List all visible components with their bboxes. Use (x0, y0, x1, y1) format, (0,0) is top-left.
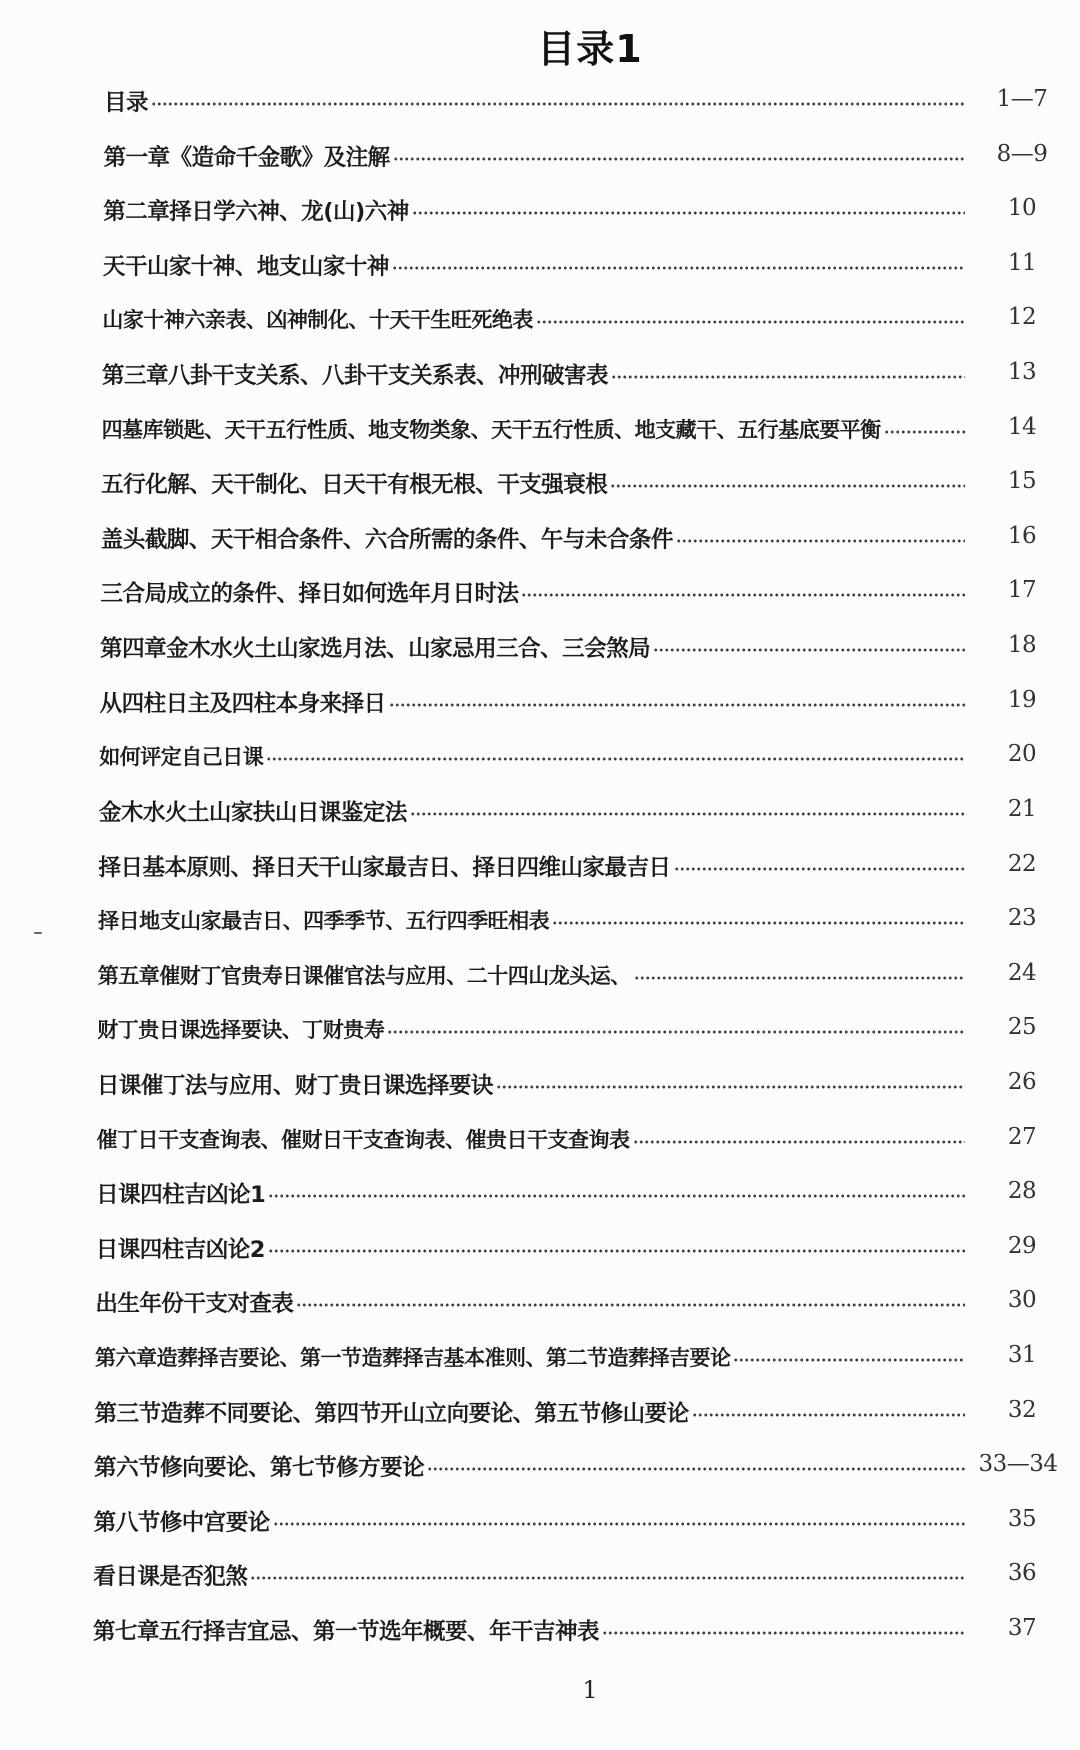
toc-entry-title: 催丁日干支查询表、催财日干支查询表、催贵日干支查询表 (97, 1124, 630, 1154)
toc-entry-page-number: 16 (982, 523, 1062, 549)
dot-leader (268, 1194, 965, 1198)
dot-leader (393, 157, 965, 161)
toc-entry-title: 第二章择日学六神、龙(山)六神 (103, 194, 409, 226)
toc-entry-title: 择日基本原则、择日天干山家最吉日、择日四维山家最吉日 (99, 850, 671, 882)
toc-entry: 第六章造葬择吉要论、第一节造葬择吉基本准则、第二节造葬择吉要论 (95, 1340, 965, 1374)
dot-leader (496, 1085, 965, 1089)
toc-entry: 第五章催财丁官贵寿日课催官法与应用、二十四山龙头运、 (98, 958, 965, 992)
toc-entry-title: 四墓库锁匙、天干五行性质、地支物类象、天干五行性质、地支藏干、五行基底要平衡 (102, 414, 881, 444)
toc-entry-page-number: 10 (982, 195, 1062, 221)
toc-entry-page-number: 18 (982, 632, 1062, 658)
dot-leader (536, 320, 965, 324)
toc-entry-title: 山家十神六亲表、凶神制化、十天干生旺死绝表 (102, 304, 533, 334)
toc-entry-title: 日课四柱吉凶论1 (96, 1177, 265, 1209)
toc-entry: 从四柱日主及四柱本身来择日 (100, 685, 965, 719)
dot-leader (392, 266, 965, 270)
toc-entry: 第八节修中宫要论 (94, 1504, 965, 1538)
toc-entry: 第四章金木水火土山家选月法、山家忌用三合、三会煞局 (100, 630, 965, 664)
toc-entry-title: 如何评定自己日课 (99, 741, 263, 771)
toc-entry-page-number: 32 (982, 1397, 1062, 1423)
toc-entry-title: 第一章《造命千金歌》及注解 (104, 140, 390, 172)
dot-leader (884, 430, 965, 434)
toc-entry-page-number: 17 (982, 577, 1062, 603)
toc-entry: 四墓库锁匙、天干五行性质、地支物类象、天干五行性质、地支藏干、五行基底要平衡 (102, 412, 965, 446)
toc-entry: 三合局成立的条件、择日如何选年月日时法 (100, 575, 965, 609)
page-title: 目录1 (0, 18, 1080, 73)
toc-entry: 第二章择日学六神、龙(山)六神 (103, 193, 965, 227)
toc-entry-title: 五行化解、天干制化、日天干有根无根、干支强衰根 (101, 467, 607, 499)
dot-leader (296, 1303, 965, 1307)
toc-entry: 择日地支山家最吉日、四季季节、五行四季旺相表 (98, 903, 965, 937)
toc-entry-page-number: 26 (982, 1069, 1062, 1095)
dot-leader (552, 921, 965, 925)
toc-entry: 第六节修向要论、第七节修方要论 (94, 1449, 965, 1483)
toc-entry-title: 第三节造葬不同要论、第四节开山立向要论、第五节修山要论 (95, 1396, 689, 1428)
toc-entry-page-number: 30 (982, 1287, 1062, 1313)
dot-leader (733, 1358, 965, 1362)
toc-entry-title: 三合局成立的条件、择日如何选年月日时法 (100, 576, 518, 608)
toc-entry-title: 第三章八卦干支关系、八卦干支关系表、冲刑破害表 (102, 358, 608, 390)
toc-entry-page-number: 12 (982, 304, 1062, 330)
toc-entry: 盖头截脚、天干相合条件、六合所需的条件、午与未合条件 (101, 521, 965, 555)
dot-leader (268, 1249, 965, 1253)
toc-entry-page-number: 1—7 (982, 86, 1062, 112)
toc-entry: 出生年份干支对查表 (95, 1285, 965, 1319)
toc-entry-page-number: 33—34 (978, 1451, 1058, 1477)
dot-leader (387, 1030, 965, 1034)
toc-entry: 山家十神六亲表、凶神制化、十天干生旺死绝表 (102, 302, 965, 336)
toc-entry: 五行化解、天干制化、日天干有根无根、干支强衰根 (101, 466, 965, 500)
toc-entry: 日课四柱吉凶论2 (96, 1231, 965, 1265)
toc-entry: 第三节造葬不同要论、第四节开山立向要论、第五节修山要论 (95, 1395, 965, 1429)
dot-leader (602, 1631, 965, 1635)
toc-entry: 第七章五行择吉宜忌、第一节选年概要、年干吉神表 (93, 1613, 965, 1647)
toc-entry-title: 第五章催财丁官贵寿日课催官法与应用、二十四山龙头运、 (98, 960, 631, 990)
toc-entry-page-number: 31 (982, 1342, 1062, 1368)
dot-leader (427, 1467, 965, 1471)
toc-entry-page-number: 27 (982, 1124, 1062, 1150)
toc-entry-page-number: 21 (982, 796, 1062, 822)
toc-entry: 日课四柱吉凶论1 (96, 1176, 965, 1210)
dot-leader (676, 539, 965, 543)
toc-entry-title: 择日地支山家最吉日、四季季节、五行四季旺相表 (98, 905, 549, 935)
toc-entry: 日课催丁法与应用、财丁贵日课选择要诀 (97, 1067, 965, 1101)
toc-entry-title: 从四柱日主及四柱本身来择日 (100, 686, 386, 718)
dot-leader (692, 1413, 965, 1417)
footer-page-number: 1 (570, 1676, 610, 1704)
toc-entry-title: 天干山家十神、地支山家十神 (103, 249, 389, 281)
toc-entry: 看日课是否犯煞 (93, 1558, 965, 1592)
toc-entry-title: 第六章造葬择吉要论、第一节造葬择吉基本准则、第二节造葬择吉要论 (95, 1342, 731, 1372)
dot-leader (611, 375, 965, 379)
toc-entry-page-number: 11 (982, 250, 1062, 276)
dot-leader (250, 1576, 965, 1580)
toc-entry: 财丁贵日课选择要诀、丁财贵寿 (97, 1012, 965, 1046)
dot-leader (151, 102, 965, 106)
toc-entry-page-number: 36 (982, 1560, 1062, 1586)
toc-entry-page-number: 29 (982, 1233, 1062, 1259)
toc-entry-page-number: 23 (982, 905, 1062, 931)
toc-entry-title: 盖头截脚、天干相合条件、六合所需的条件、午与未合条件 (101, 522, 673, 554)
toc-entry-page-number: 19 (982, 687, 1062, 713)
toc-entry-page-number: 8—9 (982, 141, 1062, 167)
toc-entry-title: 出生年份干支对查表 (95, 1286, 293, 1318)
toc-entry-page-number: 15 (982, 468, 1062, 494)
toc-entry-title: 日课催丁法与应用、财丁贵日课选择要诀 (97, 1068, 493, 1100)
toc-entry-title: 日课四柱吉凶论2 (96, 1232, 265, 1264)
toc-entry-title: 第四章金木水火土山家选月法、山家忌用三合、三会煞局 (100, 631, 650, 663)
toc-entry-title: 看日课是否犯煞 (93, 1559, 247, 1591)
toc-entry-page-number: 28 (982, 1178, 1062, 1204)
dot-leader (410, 812, 965, 816)
toc-entry-page-number: 22 (982, 851, 1062, 877)
toc-entry: 目录 (104, 84, 965, 118)
toc-entry-page-number: 14 (982, 414, 1062, 440)
dot-leader (412, 211, 965, 215)
toc-entry-title: 财丁贵日课选择要诀、丁财贵寿 (97, 1014, 384, 1044)
toc-entry-title: 第八节修中宫要论 (94, 1505, 270, 1537)
toc-entry-title: 金木水火土山家扶山日课鉴定法 (99, 795, 407, 827)
toc-entry: 第三章八卦干支关系、八卦干支关系表、冲刑破害表 (102, 357, 965, 391)
dot-leader (273, 1522, 965, 1526)
toc-entry: 如何评定自己日课 (99, 739, 965, 773)
toc-entry: 金木水火土山家扶山日课鉴定法 (99, 794, 965, 828)
toc-entry-title: 第七章五行择吉宜忌、第一节选年概要、年干吉神表 (93, 1614, 599, 1646)
toc-entry-page-number: 25 (982, 1014, 1062, 1040)
toc-entry: 择日基本原则、择日天干山家最吉日、择日四维山家最吉日 (99, 849, 966, 883)
dot-leader (634, 976, 965, 980)
dot-leader (653, 648, 965, 652)
toc-entry-page-number: 37 (982, 1615, 1062, 1641)
toc-entry-title: 目录 (104, 85, 148, 117)
toc-entry: 催丁日干支查询表、催财日干支查询表、催贵日干支查询表 (97, 1122, 965, 1156)
dot-leader (521, 593, 965, 597)
toc-entry-page-number: 35 (982, 1506, 1062, 1532)
dot-leader (266, 757, 965, 761)
toc-entry: 天干山家十神、地支山家十神 (103, 248, 965, 282)
toc-entry-page-number: 24 (982, 960, 1062, 986)
scan-artifact-mark (34, 932, 42, 934)
dot-leader (610, 484, 965, 488)
document-page: 目录1 目录1—7第一章《造命千金歌》及注解8—9第二章择日学六神、龙(山)六神… (0, 0, 1080, 1750)
dot-leader (674, 867, 965, 871)
dot-leader (633, 1140, 965, 1144)
toc-entry-page-number: 13 (982, 359, 1062, 385)
toc-entry-page-number: 20 (982, 741, 1062, 767)
dot-leader (389, 703, 965, 707)
toc-entry-title: 第六节修向要论、第七节修方要论 (94, 1450, 424, 1482)
toc-entry: 第一章《造命千金歌》及注解 (104, 139, 965, 173)
